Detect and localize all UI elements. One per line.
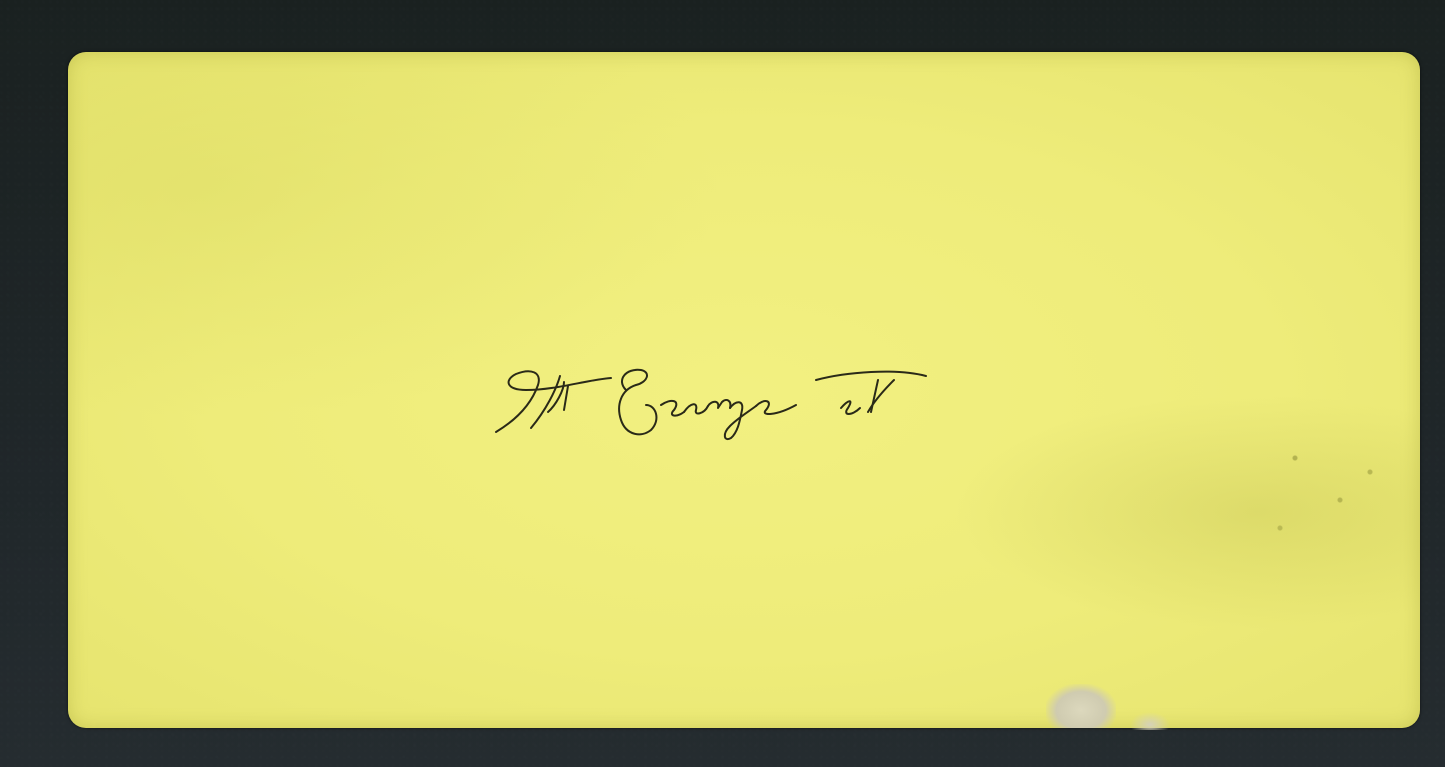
handwriting-strokes [476, 350, 936, 450]
inscription-text: St George st [476, 350, 477, 351]
stain-marks [1250, 430, 1400, 570]
worn-edge-damage [1130, 712, 1170, 730]
handwritten-inscription: St George st [476, 350, 936, 450]
worn-corner-damage [1046, 684, 1116, 728]
